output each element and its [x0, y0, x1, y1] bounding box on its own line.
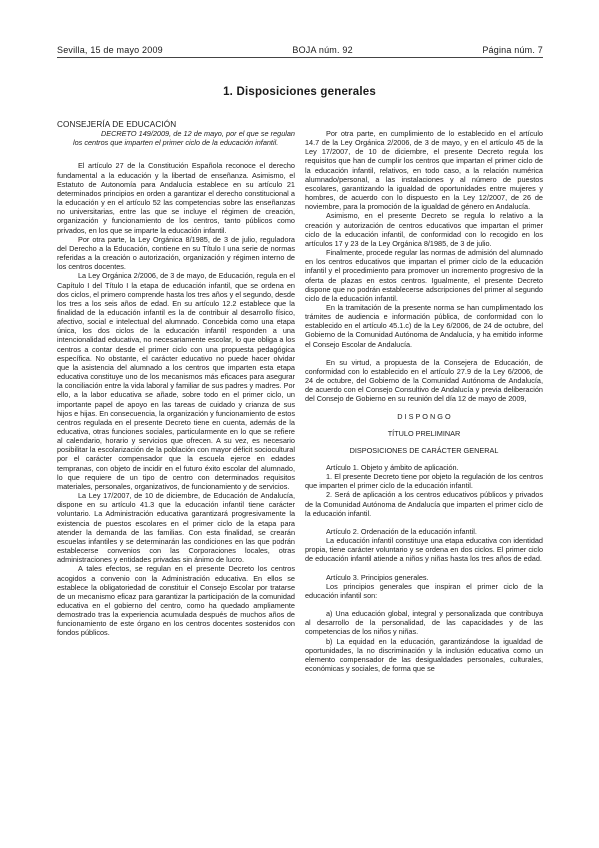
section-title: 1. Disposiciones generales: [0, 86, 599, 98]
titulo-heading: TÍTULO PRELIMINAR: [305, 429, 543, 438]
paragraph: A tales efectos, se regulan en el presen…: [57, 564, 295, 637]
header-publication: BOJA núm. 92: [292, 45, 352, 56]
decree-title: DECRETO 149/2009, de 12 de mayo, por el …: [73, 129, 295, 147]
disposiciones-heading: DISPOSICIONES DE CARÁCTER GENERAL: [305, 446, 543, 455]
paragraph-virtud: En su virtud, a propuesta de la Consejer…: [305, 358, 543, 404]
article-3-item: a) Una educación global, integral y pers…: [305, 609, 543, 636]
paragraph: La Ley 17/2007, de 10 de diciembre, de E…: [57, 491, 295, 564]
paragraph: La Ley Orgánica 2/2006, de 3 de mayo, de…: [57, 271, 295, 491]
article-1-item: 1. El presente Decreto tiene por objeto …: [305, 472, 543, 490]
article-1-item: 2. Será de aplicación a los centros educ…: [305, 490, 543, 517]
article-3-heading: Artículo 3. Principios generales.: [305, 573, 543, 582]
right-column: Por otra parte, en cumplimiento de lo es…: [305, 129, 543, 673]
article-1-heading: Artículo 1. Objeto y ámbito de aplicació…: [305, 463, 543, 472]
paragraph: El artículo 27 de la Constitución Españo…: [57, 161, 295, 234]
left-column: CONSEJERÍA DE EDUCACIÓN DECRETO 149/2009…: [57, 120, 295, 638]
paragraph: En la tramitación de la presente norma s…: [305, 303, 543, 349]
header-page-number: Página núm. 7: [482, 45, 543, 56]
paragraph: Por otra parte, en cumplimiento de lo es…: [305, 129, 543, 211]
paragraph: Asimismo, en el presente Decreto se regu…: [305, 211, 543, 248]
header-date: Sevilla, 15 de mayo 2009: [57, 45, 163, 56]
dispongo-heading: D I S P O N G O: [305, 412, 543, 421]
paragraph: Por otra parte, la Ley Orgánica 8/1985, …: [57, 235, 295, 272]
page-header: Sevilla, 15 de mayo 2009 BOJA núm. 92 Pá…: [57, 42, 543, 58]
article-3-intro: Los principios generales que inspiran el…: [305, 582, 543, 600]
article-2-heading: Artículo 2. Ordenación de la educación i…: [305, 527, 543, 536]
article-3-item: b) La equidad en la educación, garantizá…: [305, 637, 543, 674]
article-2-text: La educación infantil constituye una eta…: [305, 536, 543, 563]
department-heading: CONSEJERÍA DE EDUCACIÓN: [57, 120, 295, 129]
paragraph: Finalmente, procede regular las normas d…: [305, 248, 543, 303]
